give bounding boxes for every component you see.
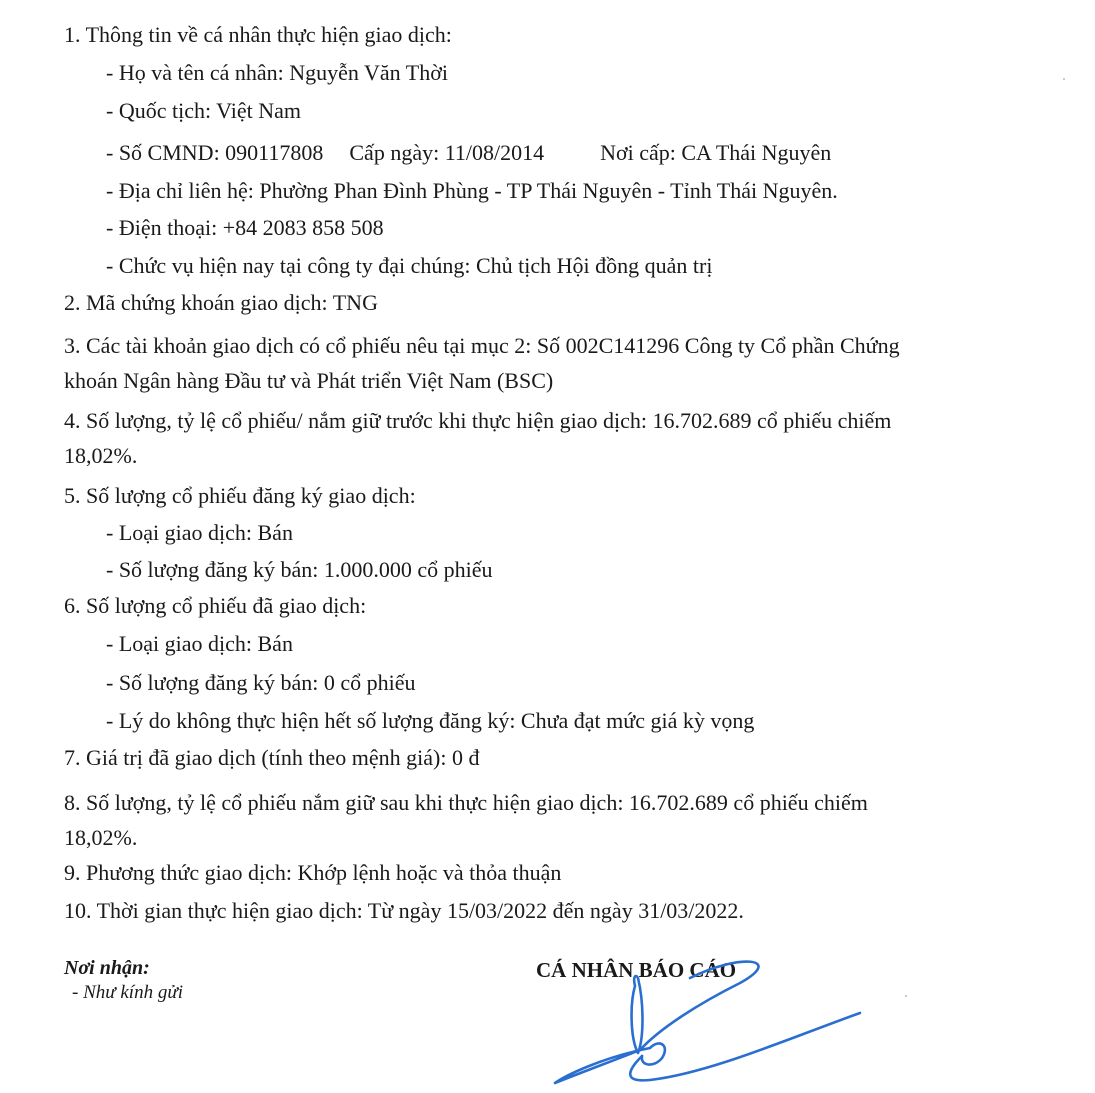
- section5-type: - Loại giao dịch: Bán: [106, 520, 293, 546]
- section9-method: 9. Phương thức giao dịch: Khớp lệnh hoặc…: [64, 860, 561, 886]
- section3-line2: khoán Ngân hàng Đầu tư và Phát triển Việ…: [64, 368, 553, 394]
- scan-artifact: [905, 995, 907, 997]
- address: - Địa chỉ liên hệ: Phường Phan Đình Phùn…: [106, 178, 838, 204]
- section3-line1: 3. Các tài khoản giao dịch có cổ phiếu n…: [64, 333, 900, 359]
- section8-line1: 8. Số lượng, tỷ lệ cổ phiếu nắm giữ sau …: [64, 790, 868, 816]
- section6-type: - Loại giao dịch: Bán: [106, 631, 293, 657]
- document-page: 1. Thông tin về cá nhân thực hiện giao d…: [0, 0, 1095, 1093]
- section10-period: 10. Thời gian thực hiện giao dịch: Từ ng…: [64, 898, 744, 924]
- section4-line1: 4. Số lượng, tỷ lệ cổ phiếu/ nắm giữ trư…: [64, 408, 891, 434]
- id-number: - Số CMND: 090117808: [106, 140, 323, 165]
- phone: - Điện thoại: +84 2083 858 508: [106, 215, 384, 241]
- section2-stock-code: 2. Mã chứng khoán giao dịch: TNG: [64, 290, 378, 316]
- section4-line2: 18,02%.: [64, 443, 137, 469]
- recipients-item: - Như kính gửi: [72, 980, 183, 1006]
- scan-artifact: [1063, 78, 1065, 80]
- section6-reason: - Lý do không thực hiện hết số lượng đăn…: [106, 708, 754, 734]
- section5-heading: 5. Số lượng cổ phiếu đăng ký giao dịch:: [64, 483, 416, 509]
- person-name: - Họ và tên cá nhân: Nguyễn Văn Thời: [106, 60, 448, 86]
- section6-heading: 6. Số lượng cổ phiếu đã giao dịch:: [64, 593, 366, 619]
- issue-place: Nơi cấp: CA Thái Nguyên: [600, 140, 831, 165]
- nationality: - Quốc tịch: Việt Nam: [106, 98, 301, 124]
- section8-line2: 18,02%.: [64, 825, 137, 851]
- position: - Chức vụ hiện nay tại công ty đại chúng…: [106, 253, 712, 279]
- id-line: - Số CMND: 090117808Cấp ngày: 11/08/2014…: [106, 140, 831, 166]
- recipients-label: Nơi nhận:: [64, 955, 150, 981]
- section1-heading: 1. Thông tin về cá nhân thực hiện giao d…: [64, 22, 452, 48]
- section6-quantity: - Số lượng đăng ký bán: 0 cổ phiếu: [106, 670, 416, 696]
- section5-quantity: - Số lượng đăng ký bán: 1.000.000 cổ phi…: [106, 557, 493, 583]
- signature-image: [540, 958, 880, 1088]
- issue-date: Cấp ngày: 11/08/2014: [349, 140, 544, 165]
- section7-value: 7. Giá trị đã giao dịch (tính theo mệnh …: [64, 745, 479, 771]
